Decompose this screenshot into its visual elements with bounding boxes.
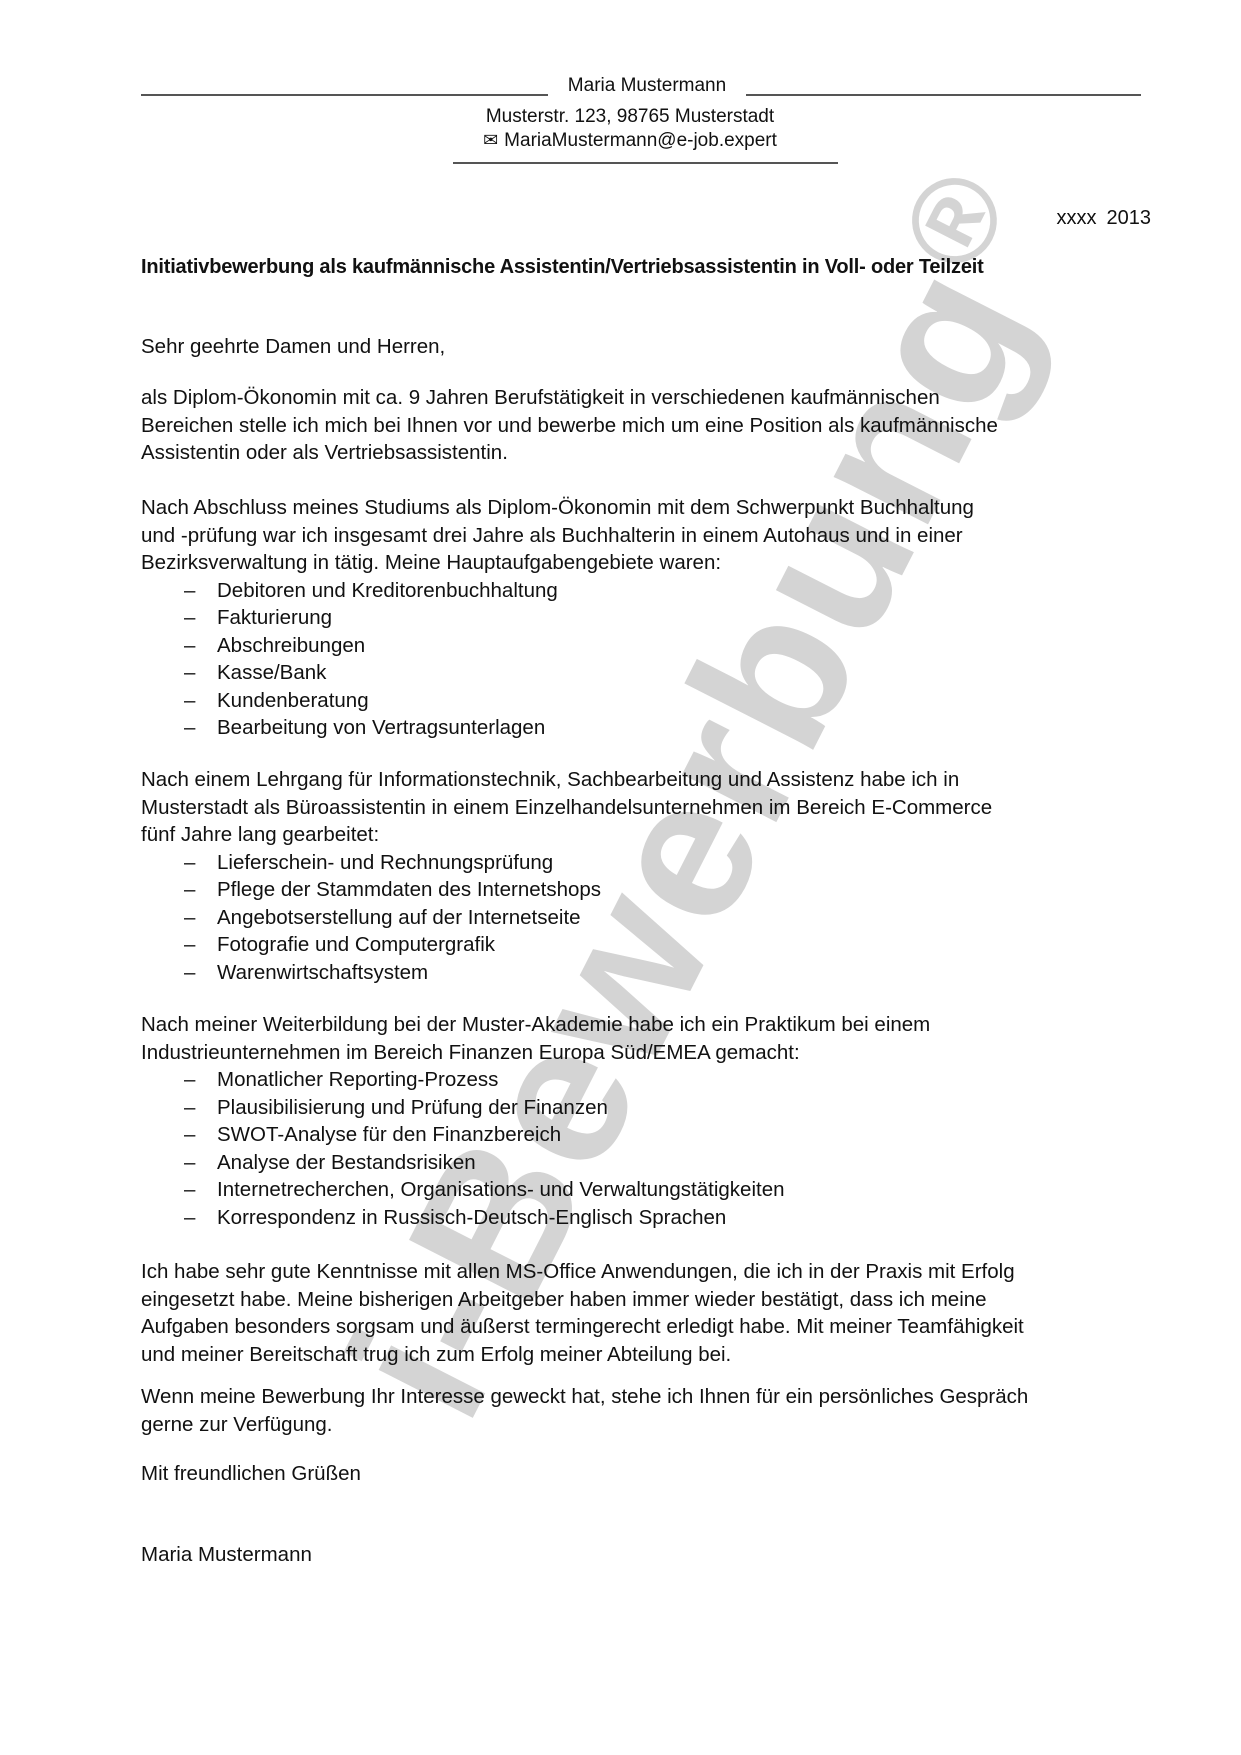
text-line: Aufgaben besonders sorgsam und äußerst t… [141,1313,1141,1341]
list-item: –Lieferschein- und Rechnungsprüfung [141,849,1141,877]
dash-bullet-icon: – [184,1094,195,1122]
dash-bullet-icon: – [184,1204,195,1232]
list-item: –Kundenberatung [141,687,1141,715]
list-item: –SWOT-Analyse für den Finanzbereich [141,1121,1141,1149]
header-rule-left [141,94,548,96]
dash-bullet-icon: – [184,876,195,904]
salutation: Sehr geehrte Damen und Herren, [141,333,1141,361]
text-line: Bezirksverwaltung in tätig. Meine Haupta… [141,549,1141,577]
list-item-text: Analyse der Bestandsrisiken [217,1151,476,1174]
list-item: –Fakturierung [141,604,1141,632]
dash-bullet-icon: – [184,904,195,932]
text-line: Musterstadt als Büroassistentin in einem… [141,794,1141,822]
dash-bullet-icon: – [184,959,195,987]
task-list-ecommerce: –Lieferschein- und Rechnungsprüfung–Pfle… [141,849,1141,987]
text-line: Wenn meine Bewerbung Ihr Interesse gewec… [141,1383,1141,1411]
list-item-text: Debitoren und Kreditorenbuchhaltung [217,579,558,602]
list-item: –Debitoren und Kreditorenbuchhaltung [141,577,1141,605]
sender-name: Maria Mustermann [554,75,740,97]
envelope-icon: ✉ [483,130,498,150]
text-line: Ich habe sehr gute Kenntnisse mit allen … [141,1258,1141,1286]
closing-formula: Mit freundlichen Grüßen [141,1460,1141,1488]
date-placeholder: xxxx [1057,207,1097,229]
letter-date: xxxx2013 [1057,207,1152,230]
list-item: –Pflege der Stammdaten des Internetshops [141,876,1141,904]
list-item-text: Monatlicher Reporting-Prozess [217,1068,498,1091]
paragraph-skills: Ich habe sehr gute Kenntnisse mit allen … [141,1258,1141,1368]
text-line: Nach Abschluss meines Studiums als Diplo… [141,494,1141,522]
text-line: Nach meiner Weiterbildung bei der Muster… [141,1011,1141,1039]
text-line: und meiner Bereitschaft trug ich zum Erf… [141,1341,1141,1369]
list-item: –Bearbeitung von Vertragsunterlagen [141,714,1141,742]
list-item-text: Lieferschein- und Rechnungsprüfung [217,851,553,874]
list-item: –Fotografie und Computergrafik [141,931,1141,959]
text-line: fünf Jahre lang gearbeitet: [141,821,1141,849]
list-item-text: Warenwirtschaftsystem [217,961,428,984]
list-item: –Abschreibungen [141,632,1141,660]
paragraph-intro: als Diplom-Ökonomin mit ca. 9 Jahren Ber… [141,384,1141,467]
list-item-text: Pflege der Stammdaten des Internetshops [217,878,601,901]
header-rule-bottom [453,162,838,164]
paragraph-text: Nach einem Lehrgang für Informationstech… [141,766,1141,849]
paragraph-text: Nach meiner Weiterbildung bei der Muster… [141,1011,1141,1066]
list-item-text: Kundenberatung [217,689,369,712]
list-item-text: SWOT-Analyse für den Finanzbereich [217,1123,561,1146]
list-item: –Kasse/Bank [141,659,1141,687]
list-item: –Analyse der Bestandsrisiken [141,1149,1141,1177]
dash-bullet-icon: – [184,1149,195,1177]
paragraph-experience-ecommerce: Nach einem Lehrgang für Informationstech… [141,766,1141,986]
sender-email-row: ✉MariaMustermann@e-job.expert [380,130,880,152]
header-rule-right [746,94,1141,96]
dash-bullet-icon: – [184,849,195,877]
dash-bullet-icon: – [184,659,195,687]
list-item-text: Kasse/Bank [217,661,326,684]
dash-bullet-icon: – [184,931,195,959]
list-item: –Monatlicher Reporting-Prozess [141,1066,1141,1094]
letter-subject: Initiativbewerbung als kaufmännische Ass… [141,256,984,279]
sender-email: MariaMustermann@e-job.expert [504,130,777,151]
list-item-text: Angebotserstellung auf der Internetseite [217,906,581,929]
list-item-text: Abschreibungen [217,634,365,657]
list-item-text: Internetrecherchen, Organisations- und V… [217,1178,785,1201]
list-item: –Warenwirtschaftsystem [141,959,1141,987]
dash-bullet-icon: – [184,1066,195,1094]
list-item: –Internetrecherchen, Organisations- und … [141,1176,1141,1204]
text-line: gerne zur Verfügung. [141,1411,1141,1439]
list-item: –Korrespondenz in Russisch-Deutsch-Engli… [141,1204,1141,1232]
dash-bullet-icon: – [184,714,195,742]
dash-bullet-icon: – [184,577,195,605]
list-item: –Angebotserstellung auf der Internetseit… [141,904,1141,932]
dash-bullet-icon: – [184,1121,195,1149]
text-line: Nach einem Lehrgang für Informationstech… [141,766,1141,794]
date-year: 2013 [1107,207,1152,229]
text-line: Industrieunternehmen im Bereich Finanzen… [141,1039,1141,1067]
text-line: eingesetzt habe. Meine bisherigen Arbeit… [141,1286,1141,1314]
task-list-internship: –Monatlicher Reporting-Prozess–Plausibil… [141,1066,1141,1231]
list-item-text: Plausibilisierung und Prüfung der Finanz… [217,1096,608,1119]
signature-name: Maria Mustermann [141,1541,1141,1569]
paragraph-text: Nach Abschluss meines Studiums als Diplo… [141,494,1141,577]
header-name-row: Maria Mustermann [141,74,1141,98]
dash-bullet-icon: – [184,604,195,632]
dash-bullet-icon: – [184,1176,195,1204]
text-line: Assistentin oder als Vertriebsassistenti… [141,439,1141,467]
dash-bullet-icon: – [184,687,195,715]
list-item-text: Bearbeitung von Vertragsunterlagen [217,716,545,739]
sender-address: Musterstr. 123, 98765 Musterstadt [380,106,880,128]
list-item: –Plausibilisierung und Prüfung der Finan… [141,1094,1141,1122]
paragraph-experience-internship: Nach meiner Weiterbildung bei der Muster… [141,1011,1141,1231]
list-item-text: Fotografie und Computergrafik [217,933,495,956]
dash-bullet-icon: – [184,632,195,660]
text-line: als Diplom-Ökonomin mit ca. 9 Jahren Ber… [141,384,1141,412]
task-list-accounting: –Debitoren und Kreditorenbuchhaltung–Fak… [141,577,1141,742]
list-item-text: Fakturierung [217,606,332,629]
list-item-text: Korrespondenz in Russisch-Deutsch-Englis… [217,1206,726,1229]
text-line: und -prüfung war ich insgesamt drei Jahr… [141,522,1141,550]
paragraph-interview-request: Wenn meine Bewerbung Ihr Interesse gewec… [141,1383,1141,1438]
paragraph-experience-accounting: Nach Abschluss meines Studiums als Diplo… [141,494,1141,742]
text-line: Bereichen stelle ich mich bei Ihnen vor … [141,412,1141,440]
